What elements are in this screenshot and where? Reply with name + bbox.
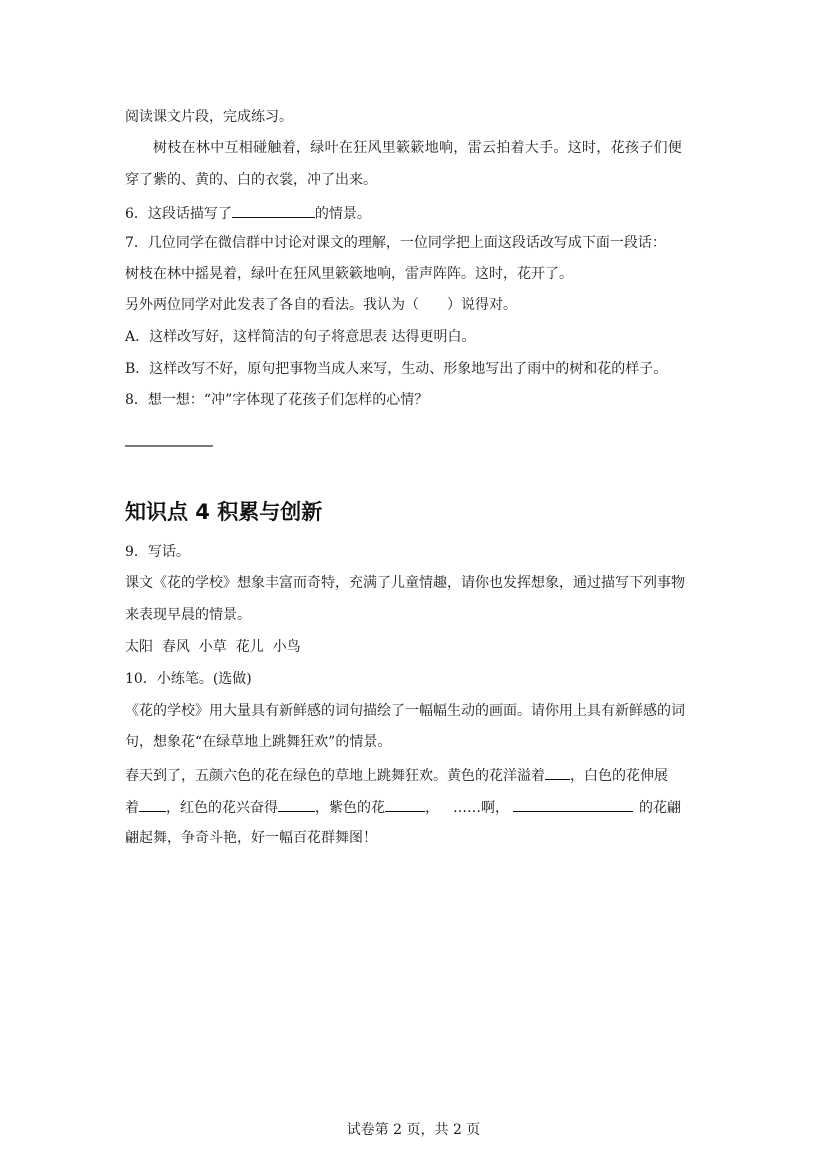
- question-6-answer-blank[interactable]: [232, 203, 315, 218]
- question-10-para-line-1: 春天到了，五颜六色的花在绿色的草地上跳舞狂欢。黄色的花洋溢着，白色的花伸展: [125, 765, 710, 785]
- question-9-desc-line-1: 课文《花的学校》想象丰富而奇特，充满了儿童情趣，请你也发挥想象，通过描写下列事物: [125, 574, 710, 592]
- question-10-desc-line-2: 句，想象花“在绿草地上跳舞狂欢”的情景。: [125, 733, 710, 751]
- question-8-stem: 8．想一想：“冲”字体现了花孩子们怎样的心情？: [125, 391, 710, 409]
- passage-line-1: 树枝在林中互相碰触着，绿叶在狂风里簌簌地响，雷云拍着大手。这时，花孩子们便: [153, 139, 738, 157]
- question-10-para-line-2: 着，红色的花兴奋得，紫色的花，……啊，的花翩: [125, 797, 710, 817]
- para-text: 春天到了，五颜六色的花在绿色的草地上跳舞狂欢。黄色的花洋溢着: [125, 768, 545, 784]
- question-9-desc-line-2: 来表现早晨的情景。: [125, 606, 710, 624]
- question-6-prefix: 6．这段话描写了: [125, 206, 232, 222]
- para-text: ，白色的花伸展: [570, 768, 668, 784]
- reading-instruction: 阅读课文片段，完成练习。: [125, 108, 710, 126]
- para-text: ，: [425, 800, 439, 816]
- para-text: 着: [125, 800, 139, 816]
- page-footer: 试卷第 2 页，共 2 页: [0, 1121, 827, 1139]
- question-6-suffix: 的情景。: [315, 206, 371, 222]
- question-9-stem: 9．写话。: [125, 543, 710, 561]
- blank-red-flower[interactable]: [278, 797, 315, 812]
- blank-white-flower[interactable]: [139, 797, 166, 812]
- blank-yellow-flower[interactable]: [545, 765, 570, 780]
- question-10-stem: 10．小练笔。(选做): [125, 670, 710, 688]
- question-6: 6．这段话描写了的情景。: [125, 203, 710, 223]
- blank-purple-flower[interactable]: [385, 797, 425, 812]
- question-10-desc-line-1: 《花的学校》用大量具有新鲜感的词句描绘了一幅幅生动的画面。请你用上具有新鲜感的词: [125, 702, 710, 720]
- para-text: ……啊，: [453, 800, 509, 816]
- para-text: ，红色的花兴奋得: [166, 800, 278, 816]
- passage-line-2: 穿了紫的、黄的、白的衣裳，冲了出来。: [125, 171, 710, 189]
- section-heading: 知识点 4 积累与创新: [125, 499, 322, 525]
- question-7-prompt: 另外两位同学对此发表了各自的看法。我认为（ ）说得对。: [125, 296, 710, 314]
- question-7-option-b[interactable]: B．这样改写不好，原句把事物当成人来写，生动、形象地写出了雨中的树和花的样子。: [125, 360, 710, 378]
- question-7-stem: 7．几位同学在微信群中讨论对课文的理解，一位同学把上面这段话改写成下面一段话：: [125, 234, 710, 252]
- question-10-para-line-3: 翩起舞，争奇斗艳，好一幅百花群舞图！: [125, 829, 710, 847]
- para-text: ，紫色的花: [315, 800, 385, 816]
- question-8-answer-line[interactable]: [125, 445, 213, 447]
- question-7-rewrite: 树枝在林中摇晃着，绿叶在狂风里簌簌地响，雷声阵阵。这时，花开了。: [125, 265, 710, 283]
- question-9-items: 太阳 春风 小草 花儿 小鸟: [125, 638, 710, 656]
- question-7-option-a[interactable]: A．这样改写好，这样简洁的句子将意思表 达得更明白。: [125, 328, 710, 346]
- blank-flowers-dance[interactable]: [513, 797, 633, 812]
- para-text: 的花翩: [639, 800, 681, 816]
